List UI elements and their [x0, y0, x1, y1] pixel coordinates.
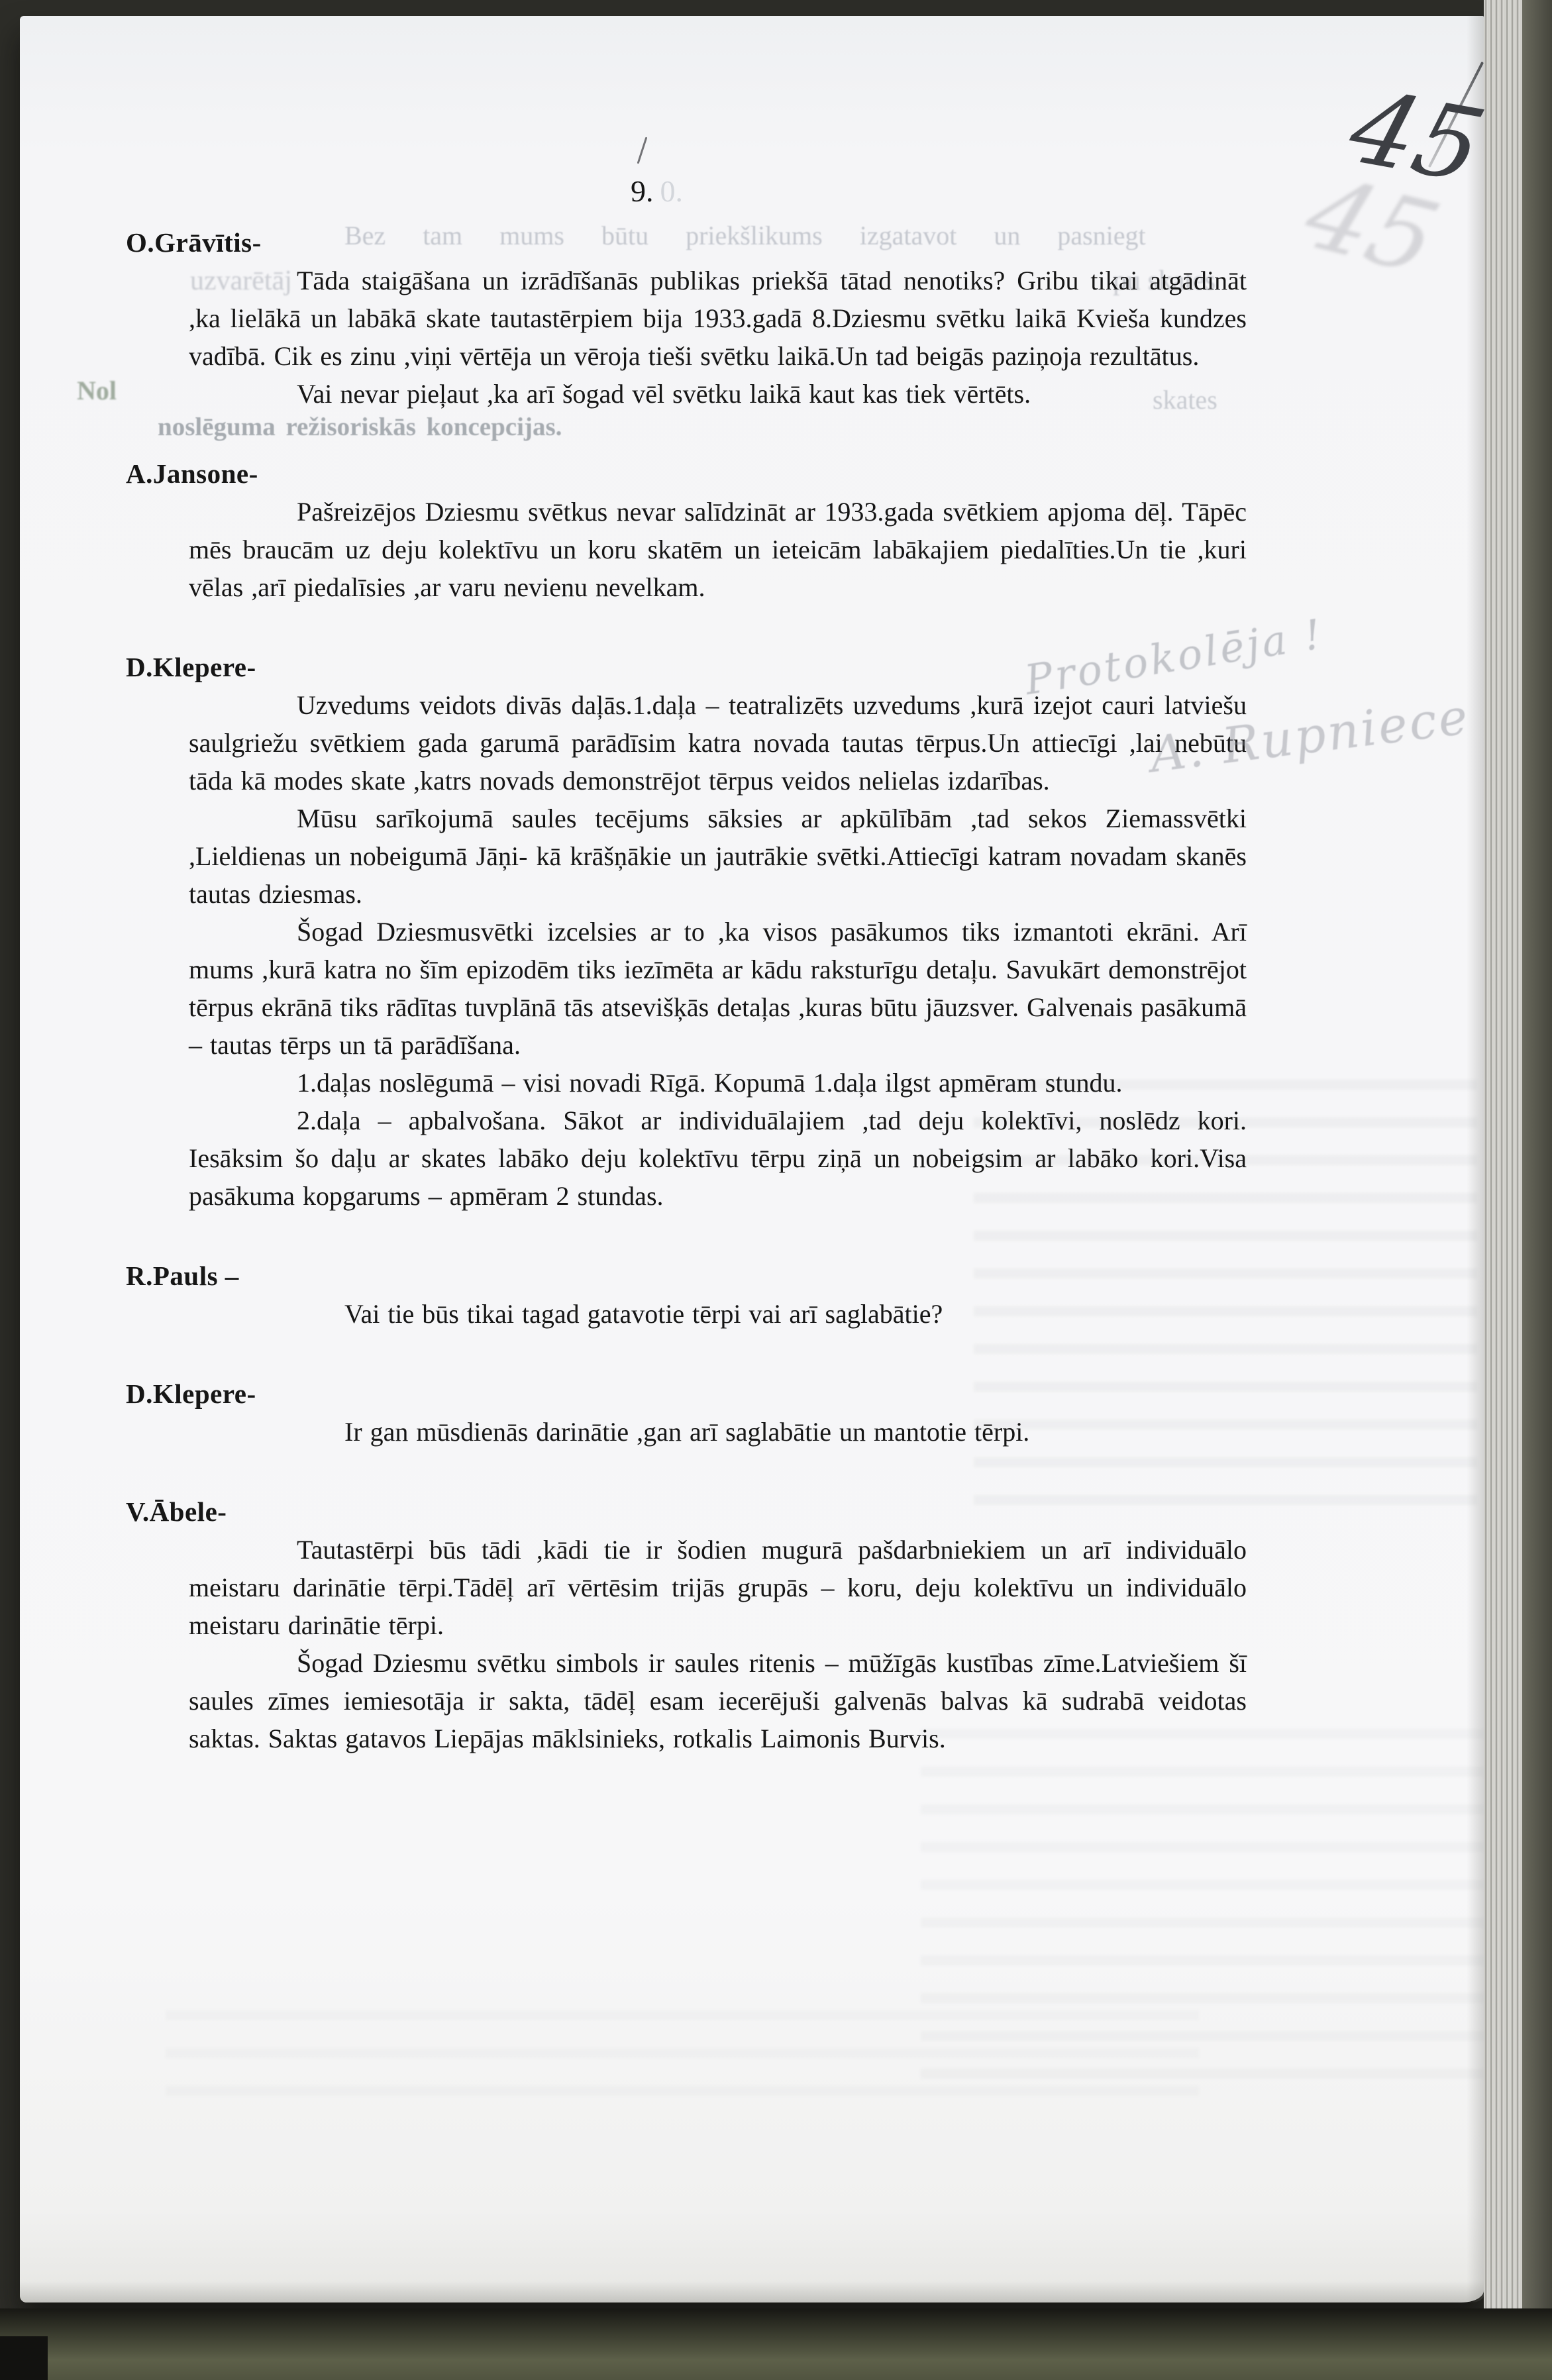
- dialogue-paragraph: Tautastērpi būs tādi ,kādi tie ir šodien…: [189, 1531, 1247, 1644]
- book-cover-bottom-strip: [0, 2308, 1552, 2380]
- scanned-document: Bez tam mums būtu priekšlikums izgatavot…: [0, 0, 1552, 2380]
- page-number-value: 9.: [631, 174, 654, 208]
- scan-corner-shadow: [0, 2336, 48, 2380]
- dialogue-paragraph: 2.daļa – apbalvošana. Sākot ar individuā…: [189, 1102, 1247, 1215]
- dialogue-paragraph: Tāda staigāšana un izrādīšanās publikas …: [189, 262, 1247, 375]
- page-stack-edge: [1484, 0, 1522, 2326]
- dialogue-entry: D.Klepere- Ir gan mūsdienās darinātie ,g…: [126, 1375, 1247, 1451]
- dialogue-entry: D.Klepere- Uzvedums veidots divās daļās.…: [126, 648, 1247, 1215]
- page-number-ghost-echo: 0.: [660, 174, 684, 208]
- speaker-label: A.Jansone-: [126, 455, 1247, 493]
- speaker-label: V.Ābele-: [126, 1493, 1247, 1531]
- dialogue-paragraph: Ir gan mūsdienās darinātie ,gan arī sagl…: [189, 1413, 1247, 1451]
- speaker-label: D.Klepere-: [126, 1375, 1247, 1413]
- ghost-text-fragment: Nol: [77, 375, 117, 406]
- dialogue-paragraph: Uzvedums veidots divās daļās.1.daļa – te…: [189, 686, 1247, 800]
- dialogue-entry: V.Ābele- Tautastērpi būs tādi ,kādi tie …: [126, 1493, 1247, 1757]
- dialogue-paragraph: Mūsu sarīkojumā saules tecējums sāksies …: [189, 800, 1247, 913]
- dialogue-paragraph: Vai nevar pieļaut ,ka arī šogad vēl svēt…: [189, 375, 1247, 413]
- book-cover-right-edge: [1522, 0, 1552, 2380]
- dialogue-paragraph: Vai tie būs tikai tagad gatavotie tērpi …: [189, 1295, 1247, 1333]
- dialogue-paragraph: 1.daļas noslēgumā – visi novadi Rīgā. Ko…: [189, 1064, 1247, 1102]
- dialogue-entry: A.Jansone- Pašreizējos Dziesmu svētkus n…: [126, 455, 1247, 606]
- page-number: 9.0.: [631, 174, 683, 209]
- dialogue-paragraph: Pašreizējos Dziesmu svētkus nevar salīdz…: [189, 493, 1247, 606]
- dialogue-entry: R.Pauls – Vai tie būs tikai tagad gatavo…: [126, 1257, 1247, 1333]
- bleed-through-smudge: [166, 2010, 1199, 2110]
- dialogue-paragraph: Šogad Dziesmusvētki izcelsies ar to ,ka …: [189, 913, 1247, 1064]
- dialogue-paragraph: Šogad Dziesmu svētku simbols ir saules r…: [189, 1644, 1247, 1757]
- dialogue-text-column: O.Grāvītis- Tāda staigāšana un izrādīšan…: [126, 224, 1247, 1800]
- dialogue-entry: O.Grāvītis- Tāda staigāšana un izrādīšan…: [126, 224, 1247, 413]
- speaker-label: R.Pauls –: [126, 1257, 1247, 1295]
- speaker-label: O.Grāvītis-: [126, 224, 1247, 262]
